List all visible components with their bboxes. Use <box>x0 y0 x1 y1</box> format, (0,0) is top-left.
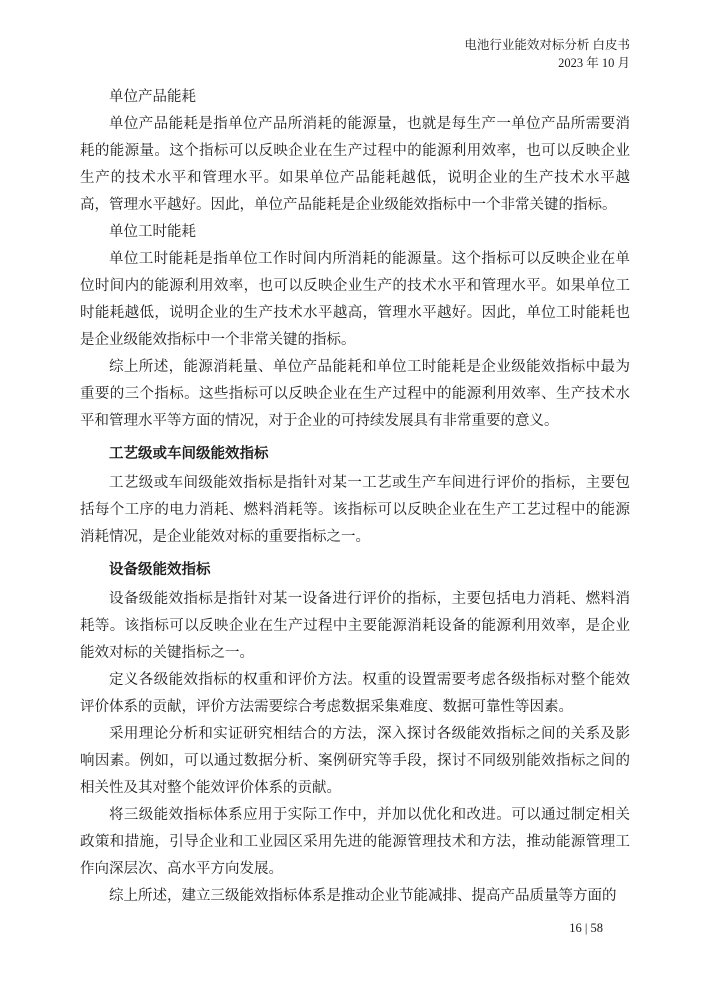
heading-process-workshop-level: 工艺级或车间级能效指标 <box>80 441 630 468</box>
paragraph-theory-empirical-research: 采用理论分析和实证研究相结合的方法，深入探讨各级能效指标之间的关系及影响因素。例… <box>80 721 630 802</box>
paragraph-process-workshop-level: 工艺级或车间级能效指标是指针对某一工艺或生产车间进行评价的指标，主要包括每个工序… <box>80 470 630 551</box>
paragraph-conclusion-three-level: 综上所述，建立三级能效指标体系是推动企业节能减排、提高产品质量等方面的 <box>80 883 630 910</box>
subheading-unit-hour-energy: 单位工时能耗 <box>80 219 630 246</box>
paragraph-unit-product-energy: 单位产品能耗是指单位产品所消耗的能源量，也就是每生产一单位产品所需要消耗的能源量… <box>80 111 630 219</box>
document-header: 电池行业能效对标分析 白皮书 2023 年 10 月 <box>464 36 630 72</box>
header-title: 电池行业能效对标分析 白皮书 <box>464 36 630 54</box>
paragraph-unit-hour-energy: 单位工时能耗是指单位工作时间内所消耗的能源量。这个指标可以反映企业在单位时间内的… <box>80 246 630 354</box>
document-body: 单位产品能耗 单位产品能耗是指单位产品所消耗的能源量，也就是每生产一单位产品所需… <box>80 84 630 910</box>
paragraph-weights-evaluation-method: 定义各级能效指标的权重和评价方法。权重的设置需要考虑各级指标对整个能效评价体系的… <box>80 667 630 721</box>
subheading-unit-product-energy: 单位产品能耗 <box>80 84 630 111</box>
paragraph-equipment-level: 设备级能效指标是指针对某一设备进行评价的指标，主要包括电力消耗、燃料消耗等。该指… <box>80 586 630 667</box>
page-number: 16 | 58 <box>569 920 603 936</box>
header-date: 2023 年 10 月 <box>464 54 630 72</box>
document-page: 电池行业能效对标分析 白皮书 2023 年 10 月 单位产品能耗 单位产品能耗… <box>0 0 710 1004</box>
paragraph-enterprise-level-summary: 综上所述，能源消耗量、单位产品能耗和单位工时能耗是企业级能效指标中最为重要的三个… <box>80 354 630 435</box>
heading-equipment-level: 设备级能效指标 <box>80 557 630 584</box>
paragraph-apply-optimize-improve: 将三级能效指标体系应用于实际工作中，并加以优化和改进。可以通过制定相关政策和措施… <box>80 802 630 883</box>
